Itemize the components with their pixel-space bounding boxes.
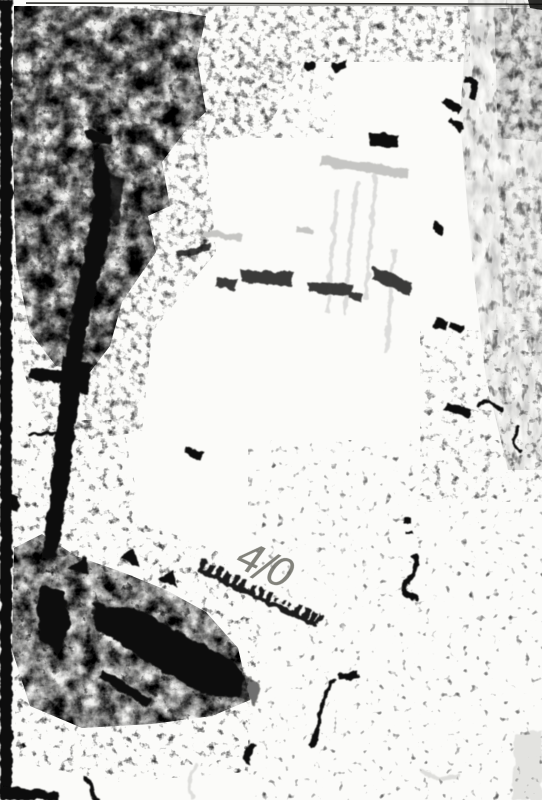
stone-mark <box>407 530 412 534</box>
wall-dark-cluster <box>494 8 542 142</box>
stone-mark <box>405 518 411 523</box>
photo-canvas: 4/0 <box>0 0 542 800</box>
film-edge-bar <box>0 0 12 800</box>
stone-mark <box>22 744 26 748</box>
wall-dark-cluster <box>498 176 542 342</box>
stone-mark <box>369 133 399 148</box>
corner-wash <box>512 730 542 800</box>
